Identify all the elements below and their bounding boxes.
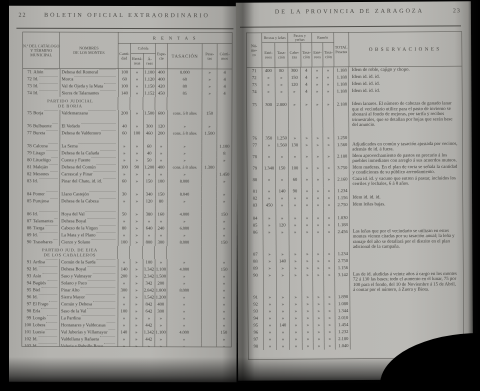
dotted-leader [50,198,58,199]
dotted-leader [89,110,116,111]
dotted-leader [104,83,116,84]
dotted-leader [100,198,116,199]
dotted-leader [99,69,116,70]
dotted-leader [41,287,57,288]
brozas-group-header: Brozas y leñas Esté-reos Tasa-ción [261,33,287,67]
dotted-leader [39,266,57,267]
rentas-band: R E N T A S [118,32,232,43]
dotted-leader [39,83,57,84]
dotted-leader [87,308,115,309]
dotted-leader [44,110,57,111]
dotted-leader [53,239,57,240]
observaciones-cell: Adjudicados en común y tasación ajustada… [349,141,463,153]
dotted-leader [49,164,58,165]
dotted-leader [47,280,57,281]
right-table-body: 71 400 80 300 4 » » 1.188 Idem de roble,… [247,66,464,359]
table-row: 75 300 2.000 » » » » 2.188 Idem lanares.… [247,100,462,129]
dotted-leader [39,232,57,233]
left-table: N.º DEL CATÁLOGO Y TÉRMINO MUNICIPAL NOM… [22,32,233,348]
dotted-leader [102,130,116,131]
dotted-leader [97,164,116,165]
dotted-leader [87,218,115,219]
dotted-leader [103,178,116,179]
dotted-leader [86,211,116,212]
dotted-leader [46,329,57,330]
observaciones-cell: Idem aprovechamiento de pastos en precar… [349,152,463,164]
table-row: 103 Id. Valeria y Rebollo Royo » » » » » [22,343,231,347]
col-cantidad-header: Canti-dad [118,43,130,68]
dotted-leader [80,287,115,288]
dotted-leader [93,301,115,302]
dotted-leader [42,273,57,274]
section-header-row: PARTIDO JUDICIAL DE BORJA [23,97,232,111]
col-centimos-header: Cénti-mos [217,44,232,69]
dotted-leader [107,322,116,323]
right-table-header: Nú- me- ro Brozas y leñas Esté-reos Tasa… [247,32,462,67]
dotted-leader [39,211,57,212]
dotted-leader [46,130,57,131]
col-tasacion-header: TASACIÓN [167,44,202,69]
left-running-head-title: BOLETIN OFICIAL EXTRAORDINARIO [26,13,227,20]
dotted-leader [87,266,115,267]
dotted-leader [39,178,57,179]
col-areas-header: Á-reas [143,54,155,69]
observaciones-cell: Idem lanares. El número de cabezas de ga… [348,100,462,128]
left-head-rule [16,28,233,30]
pastos-group-header: Pastos y yerbas Cabe-zas Tasa-ción [287,33,311,67]
col-nombres-header: NOMBRES DE LOS MONTES [59,32,117,68]
dotted-leader [46,150,58,151]
catalogo-cell: 103 Id. [22,343,59,347]
left-running-head: 22 BOLETIN OFICIAL EXTRAORDINARIO [18,13,227,20]
right-table: Nú- me- ro Brozas y leñas Esté-reos Tasa… [246,31,464,359]
dotted-leader [44,69,57,70]
dotted-leader [39,294,57,295]
dotted-leader [104,343,115,344]
dotted-leader [81,123,116,124]
right-head-rule [240,25,461,27]
dotted-leader [47,315,57,316]
dotted-leader [54,218,57,219]
dotted-leader [50,171,57,172]
dotted-leader [38,343,56,344]
dotted-leader [49,301,57,302]
dotted-leader [79,143,116,144]
dotted-leader [100,150,116,151]
left-table-body: 71 Añón Dehesa del Romeral 100 » 1.100 4… [22,68,232,347]
observaciones-cell: Las de id. aludidas á veinte años á carg… [350,271,464,294]
partido-section-title: PARTIDO JUD. DE EJEA DE LOS CABALLEROS [22,246,117,259]
dotted-leader [39,90,57,91]
dotted-leader [100,336,115,337]
observaciones-cell: Idem maderas. En el plan de corta se señ… [349,164,463,176]
col-catalogo-header: N.º DEL CATÁLOGO Y TÉRMINO MUNICIPAL [23,32,60,68]
right-page: DE LA PROVINCIA DE ZARAGOZA 23 Nú- me- r… [236,1,473,380]
dotted-leader [46,322,57,323]
monte-cell: Valeria y Rebollo Royo [59,343,118,347]
section-header-row: PARTIDO JUD. DE EJEA DE LOS CABALLEROS [22,246,231,260]
ramon-group-header: Ramón Esté-reos Tasa-ción [311,33,333,67]
dotted-leader [41,308,57,309]
left-page-number: 22 [18,13,26,19]
dotted-leader [96,232,115,233]
dotted-leader [45,225,57,226]
dotted-leader [39,336,57,337]
col-numero-header: Nú- me- ro [247,33,262,67]
dotted-leader [88,280,115,281]
observaciones-cell: Las leñas que por el vecindario se utili… [349,228,463,251]
right-page-number: 23 [453,8,461,14]
table-row: 90 » » » » » » 3.142 Las de id. aludidas… [248,271,463,294]
right-running-head-title: DE LA PROVINCIA DE ZARAGOZA [246,8,453,15]
dotted-leader [108,329,115,330]
observaciones-cell: Caza id. id. y vacuno que entren á pasta… [349,175,463,187]
dotted-leader [52,157,58,158]
left-table-header: N.º DEL CATÁLOGO Y TÉRMINO MUNICIPAL NOM… [23,32,232,69]
col-pesetas-header: Pese-tas [202,44,217,69]
dotted-leader [93,171,115,172]
table-row: 86 » » » » » » 2.456 Las leñas que por e… [248,228,463,251]
col-hectareas-header: Hectá-reas [131,54,144,69]
col-observaciones-header: OBSERVACIONES [348,32,461,67]
dotted-leader [91,157,115,158]
right-running-head: DE LA PROVINCIA DE ZARAGOZA 23 [246,8,461,15]
dotted-leader [82,315,116,316]
dotted-leader [46,259,57,260]
book-scan: 22 BOLETIN OFICIAL EXTRAORDINARIO N.º DE… [0,0,480,391]
dotted-leader [53,123,58,124]
col-total-header: TOTAL Pesetas [333,33,348,67]
left-page: 22 BOLETIN OFICIAL EXTRAORDINARIO N.º DE… [8,6,238,383]
dotted-leader [39,76,57,77]
dotted-leader [100,90,116,91]
left-black-edge [0,0,9,391]
dotted-leader [86,294,115,295]
dotted-leader [97,259,116,260]
partido-section-title: PARTIDO JUDICIAL DE BORJA [23,97,118,110]
dotted-leader [99,225,116,226]
dotted-leader [46,191,58,192]
dotted-leader [49,143,58,144]
col-especie-header: Espe-cie [155,44,167,69]
dotted-leader [74,76,115,77]
cabida-group-header: Cabida Hectá-reas Á-reas [130,44,155,69]
rentas-group-header: R E N T A S Canti-dad Cabida Hectá-reas [118,32,232,68]
dotted-leader [93,273,116,274]
dotted-leader [90,191,116,192]
dotted-leader [91,239,115,240]
